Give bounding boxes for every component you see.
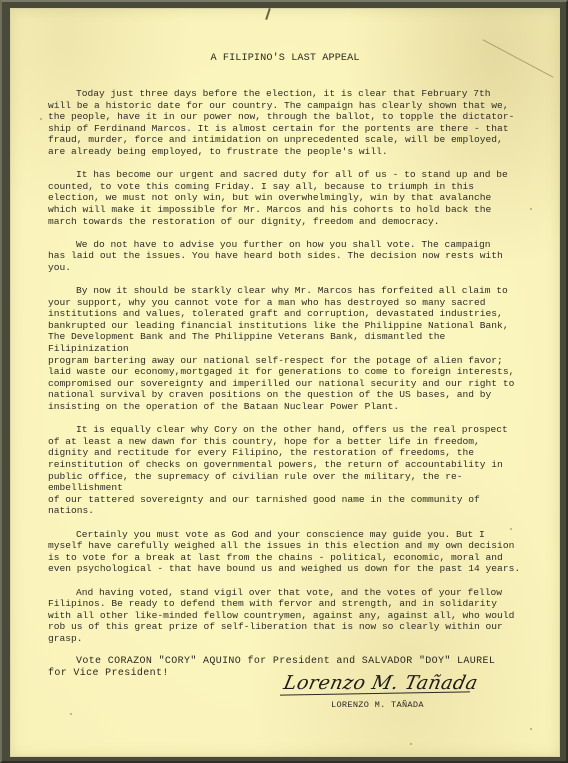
letter-body: Today just three days before the electio… bbox=[48, 88, 528, 679]
paragraph-sacred-duty: It has become our urgent and sacred duty… bbox=[48, 169, 528, 227]
letter-page: A FILIPINO'S LAST APPEAL Today just thre… bbox=[10, 8, 560, 757]
paper-speck bbox=[530, 728, 532, 730]
paragraph-stand-vigil: And having voted, stand vigil over that … bbox=[48, 587, 528, 645]
signer-name: LORENZO M. TAÑADA bbox=[331, 700, 424, 710]
paragraph-election-date: Today just three days before the electio… bbox=[48, 88, 528, 158]
paper-speck bbox=[530, 208, 532, 210]
signature-block: Lorenzo M. Tañada LORENZO M. TAÑADA bbox=[272, 672, 492, 732]
letter-title: A FILIPINO'S LAST APPEAL bbox=[10, 53, 560, 64]
paragraph-conscience: Certainly you must vote as God and your … bbox=[48, 529, 528, 575]
paragraph-for-cory: It is equally clear why Cory on the othe… bbox=[48, 424, 528, 517]
ink-smudge bbox=[265, 8, 271, 20]
paragraph-against-marcos: By now it should be starkly clear why Mr… bbox=[48, 285, 528, 413]
paper-speck bbox=[40, 118, 42, 120]
paper-speck bbox=[70, 713, 72, 715]
paper-speck bbox=[410, 743, 412, 745]
document-frame: A FILIPINO'S LAST APPEAL Today just thre… bbox=[0, 0, 568, 763]
paragraph-decision: We do not have to advise you further on … bbox=[48, 239, 528, 274]
closing-vote-line: Vote CORAZON "CORY" AQUINO for President… bbox=[48, 656, 528, 668]
